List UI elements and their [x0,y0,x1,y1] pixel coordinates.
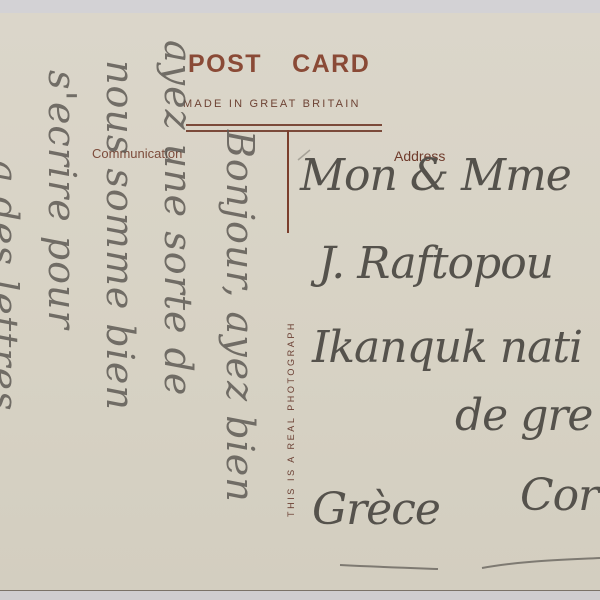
top-divider-line-2 [186,130,382,132]
title-card: CARD [292,50,370,78]
address-line-6: Cor [520,470,598,521]
background-surface [0,590,600,600]
message-column-2: ayez une sorte de [156,40,200,396]
center-divider-line [287,130,289,233]
address-line-3: Ikanquk nati [312,322,582,373]
made-in-label: MADE IN GREAT BRITAIN [183,98,361,110]
message-column-4: s'ecrire pour [40,70,84,330]
address-line-4: de gre [455,390,592,441]
address-line-5: Grèce [312,484,440,535]
message-column-5: a des lettres [0,160,26,411]
address-line-1: Mon & Mme [300,150,571,201]
address-line-2: J. Raftopou [318,238,553,289]
postcard-title: POSTCARD [188,50,370,79]
message-column-3: nous somme bien [98,60,142,411]
top-divider-line [186,124,382,126]
real-photograph-note: THIS IS A REAL PHOTOGRAPH [286,321,296,517]
message-column-1: Bonjour, ayez bien [218,130,262,503]
